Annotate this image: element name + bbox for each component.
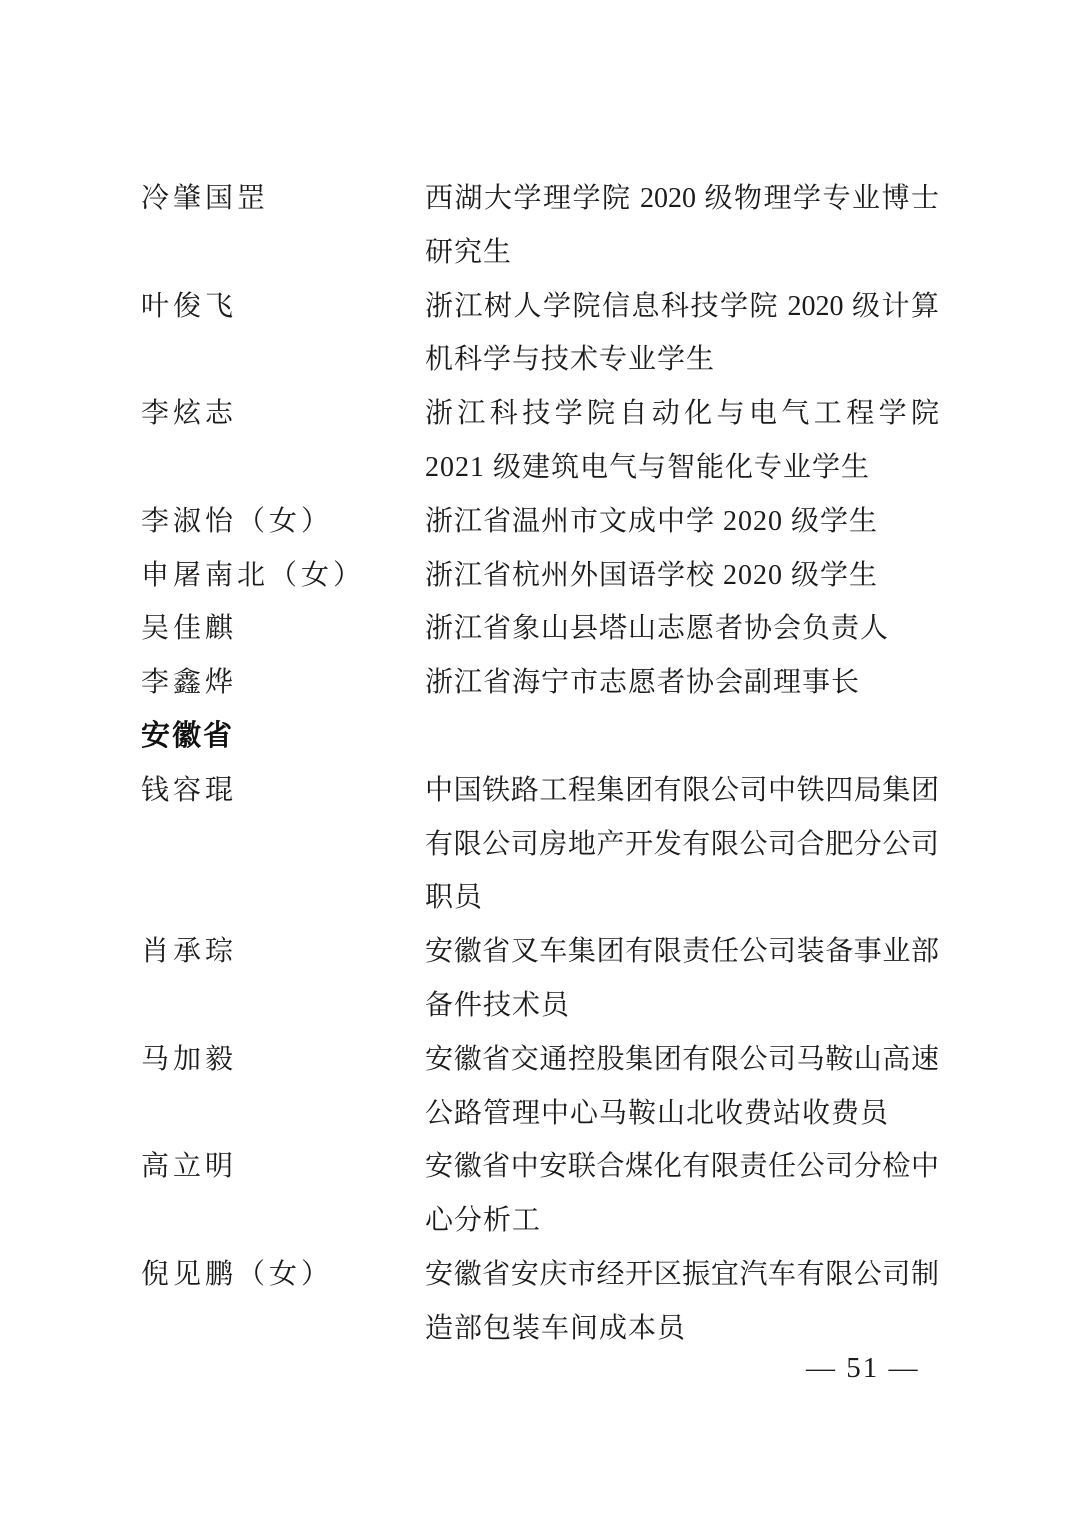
entry-affiliation: 浙江树人学院信息科技学院 2020 级计算机科学与技术专业学生 [425,280,939,388]
entry-name: 倪见鹏（女） [141,1248,425,1302]
affiliation-line: 浙江省温州市文成中学 2020 级学生 [425,495,939,549]
entry-affiliation: 浙江省温州市文成中学 2020 级学生 [425,495,939,549]
entry-affiliation: 浙江省海宁市志愿者协会副理事长 [425,656,939,710]
affiliation-line: 造部包装车间成本员 [425,1302,939,1356]
list-item: 李淑怡（女） 浙江省温州市文成中学 2020 级学生 [141,495,939,549]
affiliation-line: 浙江省杭州外国语学校 2020 级学生 [425,549,939,603]
affiliation-line: 西湖大学理学院 2020 级物理学专业博士 [425,172,939,226]
affiliation-line: 浙江省海宁市志愿者协会副理事长 [425,656,939,710]
entry-affiliation: 安徽省安庆市经开区振宜汽车有限公司制造部包装车间成本员 [425,1248,939,1356]
affiliation-line: 安徽省中安联合煤化有限责任公司分检中 [425,1140,939,1194]
entry-name: 李鑫烨 [141,656,425,710]
entry-affiliation: 浙江省杭州外国语学校 2020 级学生 [425,549,939,603]
affiliation-line: 备件技术员 [425,979,939,1033]
entry-name: 李淑怡（女） [141,495,425,549]
affiliation-line: 研究生 [425,226,939,280]
award-list: 冷肇国罡 西湖大学理学院 2020 级物理学专业博士研究生 叶俊飞 浙江树人学院… [141,172,939,1356]
entry-name: 冷肇国罡 [141,172,425,226]
entry-affiliation: 安徽省叉车集团有限责任公司装备事业部备件技术员 [425,925,939,1033]
entry-name: 肖承琮 [141,925,425,979]
entry-affiliation: 中国铁路工程集团有限公司中铁四局集团有限公司房地产开发有限公司合肥分公司职员 [425,764,939,925]
affiliation-line: 中国铁路工程集团有限公司中铁四局集团 [425,764,939,818]
entry-name: 钱容琨 [141,764,425,818]
list-item: 李炫志 浙江科技学院自动化与电气工程学院2021 级建筑电气与智能化专业学生 [141,387,939,495]
list-item: 倪见鹏（女） 安徽省安庆市经开区振宜汽车有限公司制造部包装车间成本员 [141,1248,939,1356]
affiliation-line: 2021 级建筑电气与智能化专业学生 [425,441,939,495]
affiliation-line: 浙江省象山县塔山志愿者协会负责人 [425,602,939,656]
list-item: 申屠南北（女） 浙江省杭州外国语学校 2020 级学生 [141,549,939,603]
affiliation-line: 有限公司房地产开发有限公司合肥分公司 [425,818,939,872]
list-item: 高立明 安徽省中安联合煤化有限责任公司分检中心分析工 [141,1140,939,1248]
entry-affiliation: 安徽省中安联合煤化有限责任公司分检中心分析工 [425,1140,939,1248]
entry-affiliation: 安徽省交通控股集团有限公司马鞍山高速公路管理中心马鞍山北收费站收费员 [425,1033,939,1141]
list-item: 吴佳麒 浙江省象山县塔山志愿者协会负责人 [141,602,939,656]
affiliation-line: 安徽省安庆市经开区振宜汽车有限公司制 [425,1248,939,1302]
entry-name: 吴佳麒 [141,602,425,656]
document-page: 冷肇国罡 西湖大学理学院 2020 级物理学专业博士研究生 叶俊飞 浙江树人学院… [0,0,1080,1526]
affiliation-line: 浙江科技学院自动化与电气工程学院 [425,387,939,441]
affiliation-line: 安徽省交通控股集团有限公司马鞍山高速 [425,1033,939,1087]
entry-name: 李炫志 [141,387,425,441]
entry-name: 马加毅 [141,1033,425,1087]
list-item: 钱容琨 中国铁路工程集团有限公司中铁四局集团有限公司房地产开发有限公司合肥分公司… [141,764,939,925]
entry-affiliation: 浙江科技学院自动化与电气工程学院2021 级建筑电气与智能化专业学生 [425,387,939,495]
list-item: 李鑫烨 浙江省海宁市志愿者协会副理事长 [141,656,939,710]
entry-name: 申屠南北（女） [141,549,425,603]
list-item: 马加毅 安徽省交通控股集团有限公司马鞍山高速公路管理中心马鞍山北收费站收费员 [141,1033,939,1141]
affiliation-line: 安徽省叉车集团有限责任公司装备事业部 [425,925,939,979]
entry-affiliation: 浙江省象山县塔山志愿者协会负责人 [425,602,939,656]
affiliation-line: 职员 [425,871,939,925]
affiliation-line: 公路管理中心马鞍山北收费站收费员 [425,1087,939,1141]
list-item: 叶俊飞 浙江树人学院信息科技学院 2020 级计算机科学与技术专业学生 [141,280,939,388]
list-item: 肖承琮 安徽省叉车集团有限责任公司装备事业部备件技术员 [141,925,939,1033]
page-number: — 51 — [806,1352,920,1384]
entry-name: 高立明 [141,1140,425,1194]
entry-name: 叶俊飞 [141,280,425,334]
list-item: 冷肇国罡 西湖大学理学院 2020 级物理学专业博士研究生 [141,172,939,280]
entry-affiliation: 西湖大学理学院 2020 级物理学专业博士研究生 [425,172,939,280]
affiliation-line: 浙江树人学院信息科技学院 2020 级计算 [425,280,939,334]
page-footer: — 51 — [806,1352,920,1385]
affiliation-line: 机科学与技术专业学生 [425,333,939,387]
affiliation-line: 心分析工 [425,1194,939,1248]
section-header: 安徽省 [141,710,939,764]
